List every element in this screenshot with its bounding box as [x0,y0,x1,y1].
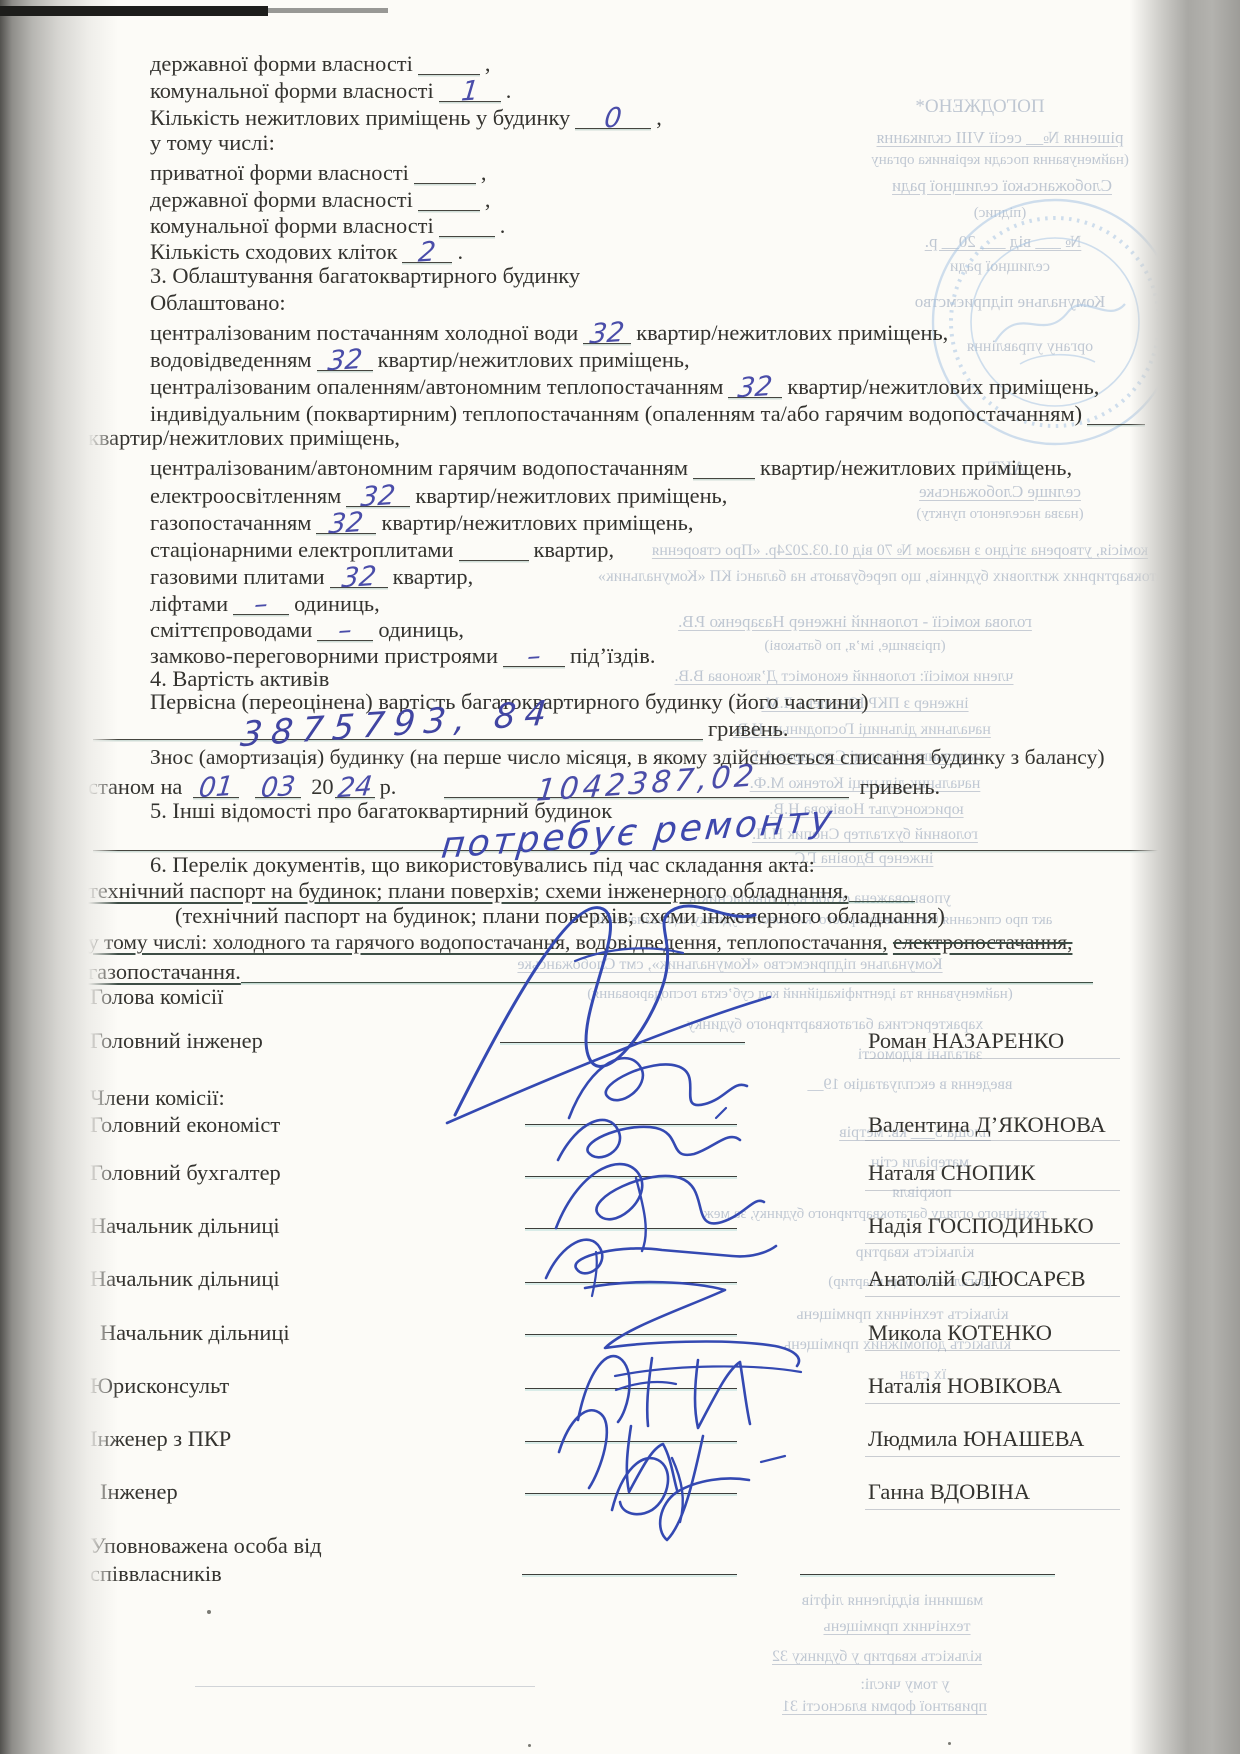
bleed-text: кількість квартир [785,1244,1045,1262]
blank-field: 32 [728,371,782,398]
blank-field: 32 [317,344,373,371]
scan-speck [528,1744,531,1747]
blank-field: – [233,588,289,615]
bleed-underline [865,1350,1120,1351]
bleed-underline [865,1140,1120,1141]
other-info-line: потребує ремонту. [88,808,1194,853]
form-text: , [485,187,491,212]
form-text: Облаштовано: [150,290,286,315]
bleed-underline [865,1190,1120,1191]
form-text: 4. Вартість активів [150,666,329,691]
signer-label: Інженер з ПКР [90,1426,231,1452]
form-line: у тому числі: [150,130,275,156]
form-text: державної форми власності [150,187,413,212]
bleed-text: селище Слобожанське [855,482,1145,502]
blank-field: потребує ремонту [93,808,1183,851]
bleed-underline [865,1509,1120,1510]
bleed-underline [865,1058,1120,1059]
form-line: електроосвітленням32квартир/нежитлових п… [150,480,727,509]
authorized-person-label: співвласників [90,1561,222,1587]
form-text: , [485,51,491,76]
handwritten-value: – [526,642,542,670]
form-text: газовими плитами [150,564,325,589]
form-text: ліфтами [150,591,228,616]
form-line: комунальної форми власності1. [150,75,511,104]
form-line: централізованим опаленням/автономним теп… [150,371,1099,400]
blank-field-month: 03 [255,771,301,798]
signer-name: Анатолій СЛЮСАРЄВ [868,1266,1086,1292]
signer-label: Начальник дільниці [100,1320,290,1346]
bleed-text: комісія, утворена згідно з наказом № 70 … [615,542,1185,560]
signer-label: Головний бухгалтер [90,1160,281,1186]
bleed-underline [865,1296,1120,1297]
bleed-text: голова комісії - головний інженер Назаре… [640,612,1070,632]
form-text: квартир, [393,564,474,589]
form-text: комунальної форми власності [150,213,434,238]
signer-label: Головний інженер [90,1028,263,1054]
form-line: ліфтами–одиниць, [150,588,380,617]
form-text: гривень. [860,774,941,799]
blank-field: 32 [346,480,410,507]
bleed-text: багатоквартирних житлових будинків, що п… [600,568,1185,586]
struck-word: електропостачання, [893,930,1073,954]
signer-name: Наталя СНОПИК [868,1160,1035,1186]
form-text: 20 [311,774,333,799]
signer-label: Головний економіст [90,1112,280,1138]
signer-name: Ганна ВДОВІНА [868,1479,1030,1505]
form-text: квартир/нежитлових приміщень, [415,483,727,508]
form-line: Знос (амортизація) будинку (на перше чис… [150,745,1105,770]
form-text: . [1188,827,1194,852]
form-line: газопостачанням32квартир/нежитлових прим… [150,507,693,536]
signer-name: Валентина Д’ЯКОНОВА [868,1112,1106,1138]
form-line: замково-переговорними пристроями–під’їзд… [150,640,655,669]
blank-field [439,210,495,237]
form-line: централізованим/автономним гарячим водоп… [150,452,1072,481]
form-line: комунальної форми власності. [150,210,505,239]
bleed-text: покрівля [822,1184,1022,1202]
form-text: у тому числі: [150,130,275,155]
form-line: приватної форми власності, [150,157,487,186]
form-text: стаціонарними електроплитами [150,537,454,562]
commission-chair-label: Голова комісії [90,984,223,1010]
blank-field: 1 [439,75,501,102]
blank-field-amount: 1042387,02 [444,771,849,798]
form-text: . [457,239,463,264]
signer-name: Надія ГОСПОДИНЬКО [868,1213,1094,1239]
form-text: комунальної форми власності [150,78,434,103]
scan-speck [207,1610,211,1614]
signer-label: Начальник дільниці [90,1266,280,1292]
bleed-underline [865,1243,1120,1244]
scan-edge-top [0,6,268,16]
commission-members-label: Члени комісії: [90,1085,225,1111]
authorized-person-label: Уповноважена особа від [90,1533,322,1559]
original-value-line: 3875793, 84гривень. [88,703,789,742]
signature-line [800,1574,1055,1575]
bleed-text: машинні відділення ліфтів [705,1592,1080,1610]
blank-field [693,452,755,479]
form-line: газовими плитами32квартир, [150,561,473,590]
bleed-text: (прізвище, ім’я, по батькові) [700,638,1010,655]
bleed-text: ПОГОДЖЕНО* [905,96,1055,118]
form-text: р. [380,774,397,799]
signer-name: Людмила ЮНАШЕВА [868,1426,1084,1452]
blank-field [459,534,529,561]
form-text: одиниць, [294,591,380,616]
bleed-text: кількість квартир у будинку 32 [682,1648,1072,1666]
form-text: одиниць, [378,617,464,642]
form-text: квартир, [534,537,615,562]
form-line: державної форми власності, [150,48,490,77]
blank-rule [849,877,915,902]
form-text: Знос (амортизація) будинку (на перше чис… [150,745,1105,769]
form-line: квартир/нежитлових приміщень, [88,425,400,451]
form-text: квартир/нежитлових приміщень, [787,374,1099,399]
form-text: приватної форми власності [150,160,409,185]
blank-field: 32 [316,507,376,534]
blank-field: 32 [583,317,631,344]
scan-edge-top-fade [268,8,388,13]
bleed-text: (назва населеного пункту) [860,506,1140,523]
scanned-document-page: ПОГОДЖЕНО* рішення №__ сесії VIII склика… [0,0,1240,1754]
blank-field: 3875793, 84 [93,703,703,740]
bleed-text: приватної форми власності 31 [692,1698,1077,1716]
bleed-text: рішення №__ сесії VIII скликання [860,128,1140,148]
bleed-text: введення в експлуатацію 19__ [745,1076,1075,1094]
blank-field-year: 24 [335,771,375,798]
form-text: електроосвітленням [150,483,341,508]
form-text: сміттєпроводами [150,617,312,642]
blank-field [418,184,480,211]
bleed-text: (найменування посади керівника органу [850,152,1150,169]
form-line: стаціонарними електроплитамиквартир, [150,534,614,563]
bleed-text: технічних приміщень [742,1618,1052,1636]
blank-field: 2 [402,236,452,263]
handwritten-value: 0 [603,104,623,132]
form-text: . [500,213,506,238]
blank-field [418,48,480,75]
signer-label: Інженер [100,1479,178,1505]
form-line: Облаштовано: [150,290,286,316]
blank-field: 32 [330,561,388,588]
form-line: централізованим постачанням холодної вод… [150,317,948,346]
form-text: . [506,78,512,103]
blank-field-day: 01 [193,771,239,798]
form-text: гривень. [708,716,789,741]
bleed-text: члени комісії: головний економіст Д’якон… [618,668,1070,686]
handwritten-original-value: 3875793, 84 [239,696,557,752]
signature-engineer [592,1440,722,1525]
bleed-text: у тому числі: [805,1676,1005,1694]
form-text: станом на [88,774,182,799]
blank-field [1087,398,1145,425]
form-text: централізованим опаленням/автономним теп… [150,374,723,399]
signer-label: Юрисконсульт [90,1373,229,1399]
form-line: водовідведенням32квартир/нежитлових прим… [150,344,690,373]
scan-speck [948,1742,951,1745]
bleed-underline [865,1456,1120,1457]
form-line: сміттєпроводами–одиниць, [150,614,464,643]
form-text: Кількість нежитлових приміщень у будинку [150,105,570,130]
blank-field: 0 [575,102,651,129]
signer-name: Роман НАЗАРЕНКО [868,1028,1064,1054]
form-text: державної форми власності [150,51,413,76]
form-text: централізованим постачанням холодної вод… [150,320,578,345]
form-text: квартир/нежитлових приміщень, [378,347,690,372]
form-text: квартир/нежитлових приміщень, [88,425,400,450]
section-heading: 3. Облаштування багатоквартирного будинк… [150,263,580,289]
form-text: 3. Облаштування багатоквартирного будинк… [150,263,580,288]
form-text: квартир/нежитлових приміщень, [381,510,693,535]
form-text: водовідведенням [150,347,312,372]
form-text: , [656,105,662,130]
bleed-underline [865,1403,1120,1404]
signer-name: Микола КОТЕНКО [868,1320,1052,1346]
blank-field [414,157,476,184]
section-heading: 4. Вартість активів [150,666,329,692]
form-text: квартир/нежитлових приміщень, [636,320,948,345]
form-text: , [481,160,487,185]
form-text: замково-переговорними пристроями [150,643,498,668]
signer-label: Начальник дільниці [90,1213,280,1239]
form-text: газопостачанням [150,510,311,535]
form-text: централізованим/автономним гарячим водоп… [150,455,688,480]
depreciation-line: станом на 01 03 2024р. 1042387,02 гривен… [88,771,940,800]
signer-name: Наталія НОВІКОВА [868,1373,1062,1399]
blank-field: – [503,640,565,667]
form-text: індивідуальним (поквартирним) теплопоста… [150,401,1082,426]
form-text: Кількість сходових кліток [150,239,397,264]
form-line: індивідуальним (поквартирним) теплопоста… [150,398,1150,427]
form-line: Кількість сходових кліток2. [150,236,463,265]
form-line: державної форми власності, [150,184,490,213]
bleed-underline [195,1686,535,1687]
form-line: Кількість нежитлових приміщень у будинку… [150,102,662,131]
form-text: газопостачання. [88,959,241,984]
signature-line [522,1574,737,1575]
form-text: під’їздів. [570,643,656,668]
blank-field: – [317,614,373,641]
form-text: квартир/нежитлових приміщень, [760,455,1072,480]
